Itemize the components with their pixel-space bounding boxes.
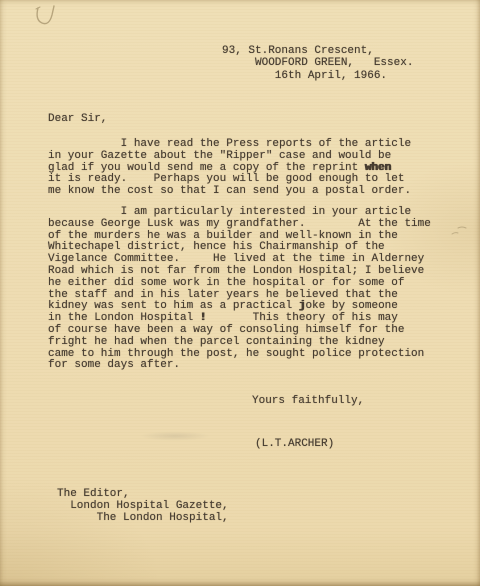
body-paragraph-2: I am particularly interested in your art… [48,207,431,372]
typed-line: for some days after. [48,360,431,372]
typed-line: 16th April, 1966. [222,70,413,82]
letter-scan: 93, St.Ronans Crescent, WOODFORD GREEN, … [0,0,480,586]
typed-line: 93, St.Ronans Crescent, [222,45,413,57]
recipient-address: The Editor, London Hospital Gazette, The… [57,489,229,524]
typed-line: Road which is not far from the London Ho… [48,266,431,278]
typed-line: London Hospital Gazette, [57,501,229,513]
typed-line: of course have been a way of consoling h… [48,325,431,337]
overstruck-text: ! [200,312,207,324]
salutation: Dear Sir, [48,114,107,126]
typed-line: he either did some work in the hospital … [48,278,431,290]
sender-address: 93, St.Ronans Crescent, WOODFORD GREEN, … [222,45,413,82]
body-paragraph-1: I have read the Press reports of the art… [48,139,411,198]
typed-line: WOODFORD GREEN, Essex. [222,57,413,69]
valediction: Yours faithfully, [252,396,364,408]
typed-line: The London Hospital, [57,513,229,525]
signature: (L.T.ARCHER) [255,439,334,451]
handwritten-squiggle-icon [30,2,66,32]
typed-line: in your Gazette about the "Ripper" case … [48,151,411,163]
pencil-tick-icon [448,222,470,240]
overstruck-text: j [299,300,306,312]
overstruck-text: when [365,162,391,174]
typed-line: fright he had when the parcel containing… [48,337,431,349]
typed-line: me know the cost so that I can send you … [48,186,411,198]
typed-line: because George Lusk was my grandfather. … [48,219,431,231]
